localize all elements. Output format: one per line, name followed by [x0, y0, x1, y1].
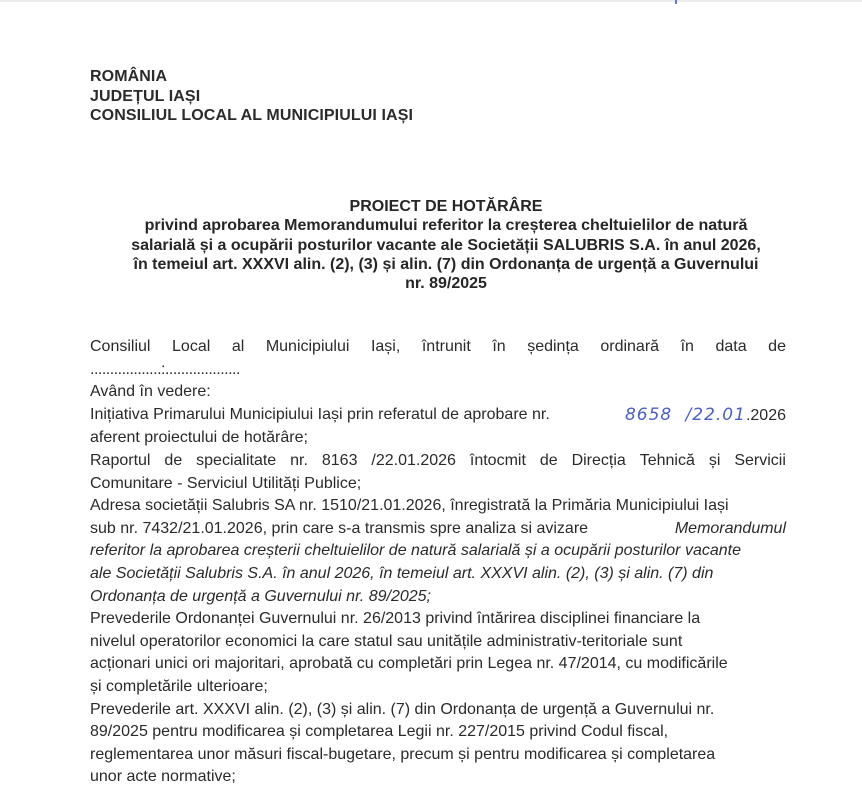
referral-year: .2026: [746, 407, 786, 424]
intro-word: de: [768, 336, 786, 359]
intro-word: Iași,: [371, 336, 400, 359]
og26-line-1-text: Prevederile Ordonanței Guvernului nr. 26…: [90, 608, 700, 631]
meeting-date-placeholder: ..................:...................: [90, 359, 786, 382]
oug89-line-2: 89/2025 pentru modificarea și completare…: [90, 721, 786, 744]
intro-word: în: [492, 336, 505, 359]
report-word: de: [164, 450, 182, 473]
og26-line-1: Prevederile Ordonanței Guvernului nr. 26…: [90, 608, 786, 631]
having-regard-heading: Având în vedere:: [90, 381, 786, 404]
og26-line-2-text: nivelul operatorilor economici la care s…: [90, 631, 682, 654]
initiative-paragraph-line-2: aferent proiectului de hotărâre;: [90, 427, 786, 450]
report-word: Direcția: [572, 450, 626, 473]
header-country: ROMÂNIA: [90, 67, 413, 87]
initiative-reference: 8658 /22.01.2026: [625, 404, 786, 428]
og26-line-4: și completările ulterioare;: [90, 676, 786, 699]
address-line-2-text: sub nr. 7432/21.01.2026, prin care s-a t…: [90, 518, 588, 541]
address-line-1-text: Adresa societății Salubris SA nr. 1510/2…: [90, 495, 729, 518]
og26-line-2: nivelul operatorilor economici la care s…: [90, 631, 786, 654]
address-line-2: sub nr. 7432/21.01.2026, prin care s-a t…: [90, 518, 786, 541]
document-title: PROIECT DE HOTĂRÂRE privind aprobarea Me…: [100, 197, 792, 293]
document-header: ROMÂNIA JUDEȚUL IAȘI CONSILIUL LOCAL AL …: [90, 67, 413, 126]
intro-word: în: [681, 336, 694, 359]
handwritten-referral-number: 8658: [625, 405, 672, 425]
report-word: /22.01.2026: [371, 450, 456, 473]
header-council: CONSILIUL LOCAL AL MUNICIPIULUI IAȘI: [90, 106, 413, 126]
address-line-1: Adresa societății Salubris SA nr. 1510/2…: [90, 495, 786, 518]
handwritten-referral-date: /22.01: [686, 405, 746, 425]
title-line-3: în temeiul art. XXXVI alin. (2), (3) și …: [100, 255, 792, 274]
title-line-2: salarială și a ocupării posturilor vacan…: [100, 236, 792, 255]
initiative-paragraph-line-1: Inițiativa Primarului Municipiului Iași …: [90, 404, 786, 428]
report-word: nr.: [290, 450, 308, 473]
intro-line: ConsiliulLocalalMunicipiuluiIași,întruni…: [90, 336, 786, 359]
address-line-3: referitor la aprobarea creșterii cheltui…: [90, 540, 786, 563]
intro-word: ordinară: [600, 336, 659, 359]
intro-word: Municipiului: [266, 336, 350, 359]
oug89-line-1: Prevederile art. XXXVI alin. (2), (3) și…: [90, 699, 786, 722]
address-line-5-text: Ordonanța de urgență a Guvernului nr. 89…: [90, 586, 431, 609]
report-word: de: [540, 450, 558, 473]
report-line-1: Raportuldespecialitatenr.8163/22.01.2026…: [90, 450, 786, 473]
og26-line-3: acționari unici ori majoritari, aprobată…: [90, 653, 786, 676]
intro-word: Local: [172, 336, 210, 359]
intro-word: Consiliul: [90, 336, 150, 359]
address-line-4-text: ale Societății Salubris S.A. în anul 202…: [90, 563, 713, 586]
report-word: întocmit: [470, 450, 526, 473]
oug89-line-1-text: Prevederile art. XXXVI alin. (2), (3) și…: [90, 699, 714, 722]
intro-word: întrunit: [422, 336, 471, 359]
intro-word: al: [232, 336, 244, 359]
ink-mark: [675, 0, 677, 4]
title-line-1: privind aprobarea Memorandumului referit…: [100, 216, 792, 235]
report-word: Raportul: [90, 450, 150, 473]
report-line-2: Comunitare - Serviciul Utilități Publice…: [90, 473, 786, 496]
oug89-line-3: reglementarea unor măsuri fiscal-bugetar…: [90, 744, 786, 767]
report-word: și: [709, 450, 721, 473]
title-main: PROIECT DE HOTĂRÂRE: [100, 197, 792, 216]
oug89-line-4: unor acte normative;: [90, 766, 786, 789]
initiative-prefix: Inițiativa Primarului Municipiului Iași …: [90, 404, 550, 428]
scan-top-edge: [0, 0, 862, 2]
document-body: ConsiliulLocalalMunicipiuluiIași,întruni…: [90, 336, 786, 789]
og26-line-3-text: acționari unici ori majoritari, aprobată…: [90, 653, 728, 676]
header-county: JUDEȚUL IAȘI: [90, 87, 413, 107]
title-line-4: nr. 89/2025: [100, 274, 792, 293]
intro-word: data: [715, 336, 746, 359]
address-line-3-text: referitor la aprobarea creșterii cheltui…: [90, 540, 741, 563]
address-line-4: ale Societății Salubris S.A. în anul 202…: [90, 563, 786, 586]
oug89-line-2-text: 89/2025 pentru modificarea și completare…: [90, 721, 668, 744]
report-word: Tehnică: [640, 450, 695, 473]
report-word: specialitate: [196, 450, 276, 473]
address-line-5: Ordonanța de urgență a Guvernului nr. 89…: [90, 586, 786, 609]
oug89-line-3-text: reglementarea unor măsuri fiscal-bugetar…: [90, 744, 715, 767]
report-word: 8163: [322, 450, 358, 473]
intro-word: ședința: [527, 336, 579, 359]
report-word: Servicii: [734, 450, 786, 473]
address-line-2-italic: Memorandumul: [675, 518, 786, 541]
